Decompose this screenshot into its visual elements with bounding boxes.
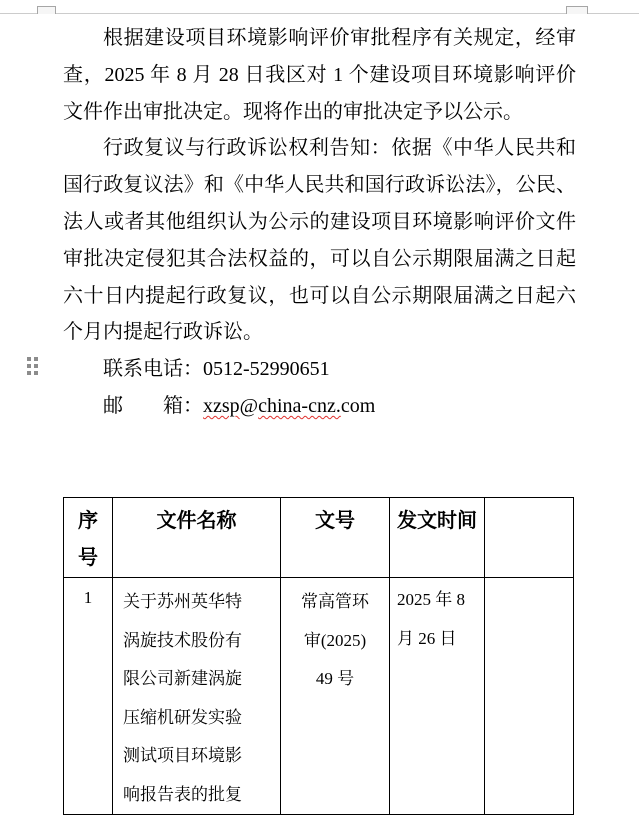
col-header-extra — [485, 498, 574, 578]
drag-dot — [34, 364, 38, 368]
document-page: 根据建设项目环境影响评价审批程序有关规定，经审查，2025 年 8 月 28 日… — [0, 0, 639, 830]
drag-dot — [34, 357, 38, 361]
col-header-file-name: 文件名称 — [113, 498, 281, 578]
cell-extra — [485, 578, 574, 815]
email-domain: china-cnz. — [258, 395, 341, 417]
cell-seq: 1 — [64, 578, 113, 815]
table-header-row: 序号 文件名称 文号 发文时间 — [64, 498, 574, 578]
phone-label: 联系电话： — [103, 358, 203, 380]
col-header-seq: 序号 — [64, 498, 113, 578]
email-label: 邮 箱： — [103, 395, 203, 417]
paragraph-rights-notice: 行政复议与行政诉讼权利告知：依据《中华人民共和国行政复议法》和《中华人民共和国行… — [63, 130, 576, 351]
cell-doc-number: 常高管环 审(2025) 49 号 — [281, 578, 390, 815]
approval-decisions-table: 序号 文件名称 文号 发文时间 1 关于苏州英华特 涡旋技术股份有 限公司新建涡… — [63, 497, 574, 815]
cell-file-name: 关于苏州英华特 涡旋技术股份有 限公司新建涡旋 压缩机研发实验 测试项目环境影 … — [113, 578, 281, 815]
email-user: xzsp — [203, 395, 240, 417]
phone-number: 0512-52990651 — [203, 358, 330, 380]
drag-dot — [27, 357, 31, 361]
block-drag-handle-icon[interactable] — [27, 357, 38, 375]
contact-email-line: 邮 箱：xzsp@china-cnz.com — [63, 388, 576, 425]
col-header-doc-number: 文号 — [281, 498, 390, 578]
cell-issue-date: 2025 年 8 月 26 日 — [390, 578, 485, 815]
drag-dot — [34, 371, 38, 375]
drag-dot — [27, 371, 31, 375]
ruler-line — [0, 13, 639, 14]
email-at-sign: @ — [240, 395, 258, 417]
drag-dot — [27, 364, 31, 368]
table-row: 1 关于苏州英华特 涡旋技术股份有 限公司新建涡旋 压缩机研发实验 测试项目环境… — [64, 578, 574, 815]
email-tld: com — [341, 395, 375, 417]
paragraph-approval-announcement: 根据建设项目环境影响评价审批程序有关规定，经审查，2025 年 8 月 28 日… — [63, 20, 576, 130]
document-body: 根据建设项目环境影响评价审批程序有关规定，经审查，2025 年 8 月 28 日… — [63, 20, 576, 425]
ruler-marker-right[interactable] — [566, 6, 588, 14]
contact-phone-line: 联系电话：0512-52990651 — [63, 351, 576, 388]
col-header-issue-date: 发文时间 — [390, 498, 485, 578]
ruler-marker-left[interactable] — [37, 6, 56, 14]
